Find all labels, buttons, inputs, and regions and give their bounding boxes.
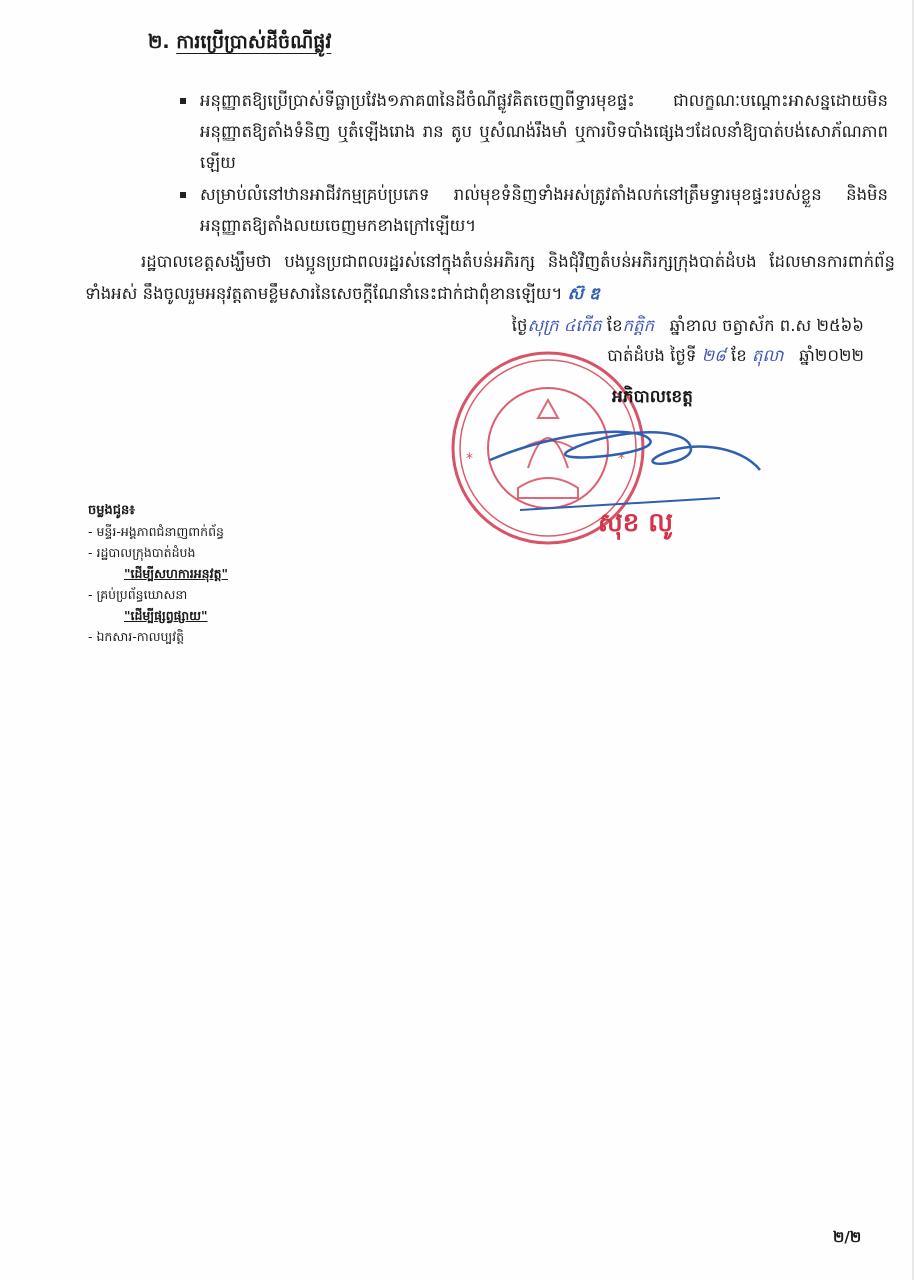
section-title: ការប្រើប្រាស់ដីចំណីផ្លូវ — [176, 31, 331, 53]
signature-icon — [480, 420, 770, 520]
lunar-month-label: ខែ — [607, 316, 623, 335]
cc-item-note: "ដើម្បីសហការអនុវត្ត" — [88, 563, 228, 584]
document-page: ២. ការប្រើប្រាស់ដីចំណីផ្លូវ អនុញ្ញាតឱ្យប… — [0, 0, 914, 1280]
cc-title: ចម្លងជូន៖ — [88, 500, 228, 521]
lunar-year: ឆ្នាំខាល ចត្វាស័ក ព.ស ២៥៦៦ — [670, 316, 864, 335]
solar-day-label: ថ្ងៃទី — [670, 346, 696, 365]
cc-item: - រដ្ឋបាលក្រុងបាត់ដំបង — [88, 542, 228, 563]
bullet-item: អនុញ្ញាតឱ្យប្រើប្រាស់ទីធ្លាប្រវែង១ភាគ៣នៃ… — [178, 85, 888, 178]
cc-item: - មន្ទីរ-អង្គភាពជំនាញពាក់ព័ន្ធ — [88, 521, 228, 542]
svg-text:*: * — [466, 451, 473, 467]
cc-list: ចម្លងជូន៖ - មន្ទីរ-អង្គភាពជំនាញពាក់ព័ន្ធ… — [88, 500, 228, 647]
section-number: ២. — [148, 31, 170, 53]
closing-text: រដ្ឋបាលខេត្តសង្ឃឹមថា បងប្អូនប្រជាពលរដ្ឋរ… — [85, 252, 895, 303]
signatory-title: អភិបាលខេត្ត — [612, 386, 693, 411]
lunar-day-value: សុក្រ ៤កើត — [527, 316, 601, 335]
handwritten-initials: ស៊ ឌ — [568, 284, 600, 303]
solar-year: ឆ្នាំ២០២២ — [799, 346, 864, 365]
bullet-list: អនុញ្ញាតឱ្យប្រើប្រាស់ទីធ្លាប្រវែង១ភាគ៣នៃ… — [178, 85, 888, 242]
solar-month-label: ខែ — [731, 346, 747, 365]
lunar-month-value: កត្តិក — [623, 316, 654, 335]
bullet-item: សម្រាប់លំនៅឋានអាជីវកម្មគ្រប់ប្រភេទ រាល់ម… — [178, 179, 888, 241]
closing-paragraph: រដ្ឋបាលខេត្តសង្ឃឹមថា បងប្អូនប្រជាពលរដ្ឋរ… — [85, 246, 895, 310]
cc-item: - ឯកសារ-កាលប្បវត្តិ — [88, 626, 228, 647]
lunar-day-label: ថ្ងៃ — [512, 316, 528, 335]
page-number: ២/២ — [833, 1228, 861, 1250]
cc-item-note: "ដើម្បីផ្សព្វផ្សាយ" — [88, 605, 228, 626]
lunar-date: ថ្ងៃសុក្រ ៤កើត ខែកត្តិក ឆ្នាំខាល ចត្វាស័… — [512, 316, 864, 340]
cc-item: - គ្រប់ប្រព័ន្ធឃោសនា — [88, 584, 228, 605]
solar-month-value: តុលា — [752, 346, 783, 365]
signatory-name: សុខ លូ — [598, 506, 673, 544]
solar-day-value: ២៨ — [702, 346, 726, 365]
section-heading: ២. ការប្រើប្រាស់ដីចំណីផ្លូវ — [148, 30, 331, 58]
